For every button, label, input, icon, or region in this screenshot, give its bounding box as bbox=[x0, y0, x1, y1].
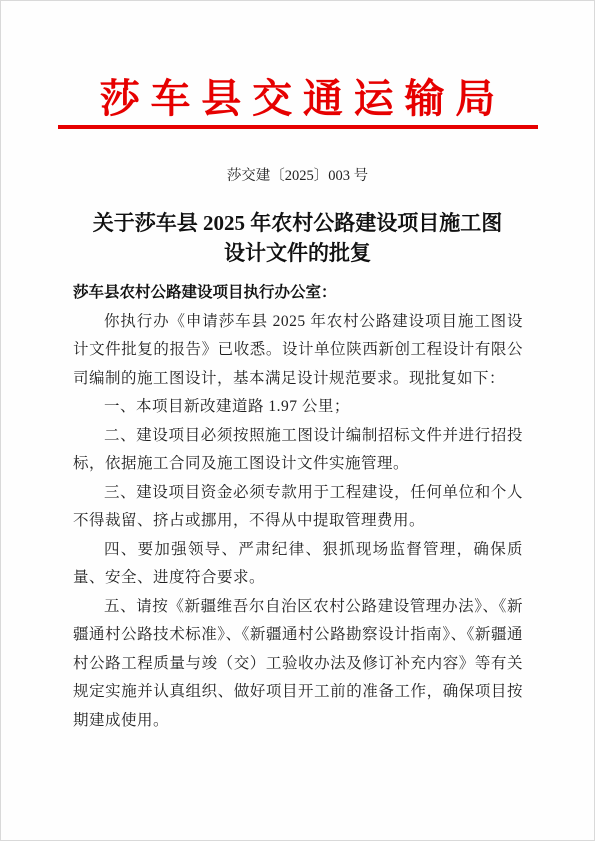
document-number: 莎交建〔2025〕003 号 bbox=[1, 166, 594, 186]
letterhead: 莎车县交通运输局 bbox=[1, 1, 594, 129]
document-title-line1: 关于莎车县 2025 年农村公路建设项目施工图 bbox=[1, 208, 594, 238]
agency-name: 莎车县交通运输局 bbox=[1, 75, 594, 123]
body-paragraph: 四、要加强领导、严肃纪律、狠抓现场监督管理，确保质量、安全、进度符合要求。 bbox=[73, 536, 523, 593]
body-paragraph: 一、本项目新改建道路 1.97 公里； bbox=[73, 393, 523, 422]
header-divider bbox=[58, 125, 538, 129]
document-body: 你执行办《申请莎车县 2025 年农村公路建设项目施工图设计文件批复的报告》已收… bbox=[73, 308, 523, 736]
body-paragraph: 五、请按《新疆维吾尔自治区农村公路建设管理办法》、《新疆通村公路技术标准》、《新… bbox=[73, 593, 523, 736]
body-paragraph: 三、建设项目资金必须专款用于工程建设，任何单位和个人不得裁留、挤占或挪用，不得从… bbox=[73, 479, 523, 536]
body-paragraph: 你执行办《申请莎车县 2025 年农村公路建设项目施工图设计文件批复的报告》已收… bbox=[73, 308, 523, 394]
document-content: 莎车县农村公路建设项目执行办公室： 你执行办《申请莎车县 2025 年农村公路建… bbox=[1, 279, 594, 735]
document-title: 关于莎车县 2025 年农村公路建设项目施工图 设计文件的批复 bbox=[1, 208, 594, 268]
document-title-line2: 设计文件的批复 bbox=[1, 238, 594, 268]
body-paragraph: 二、建设项目必须按照施工图设计编制招标文件并进行招投标，依据施工合同及施工图设计… bbox=[73, 422, 523, 479]
document-page: 莎车县交通运输局 莎交建〔2025〕003 号 关于莎车县 2025 年农村公路… bbox=[0, 0, 595, 841]
salutation: 莎车县农村公路建设项目执行办公室： bbox=[73, 279, 523, 308]
